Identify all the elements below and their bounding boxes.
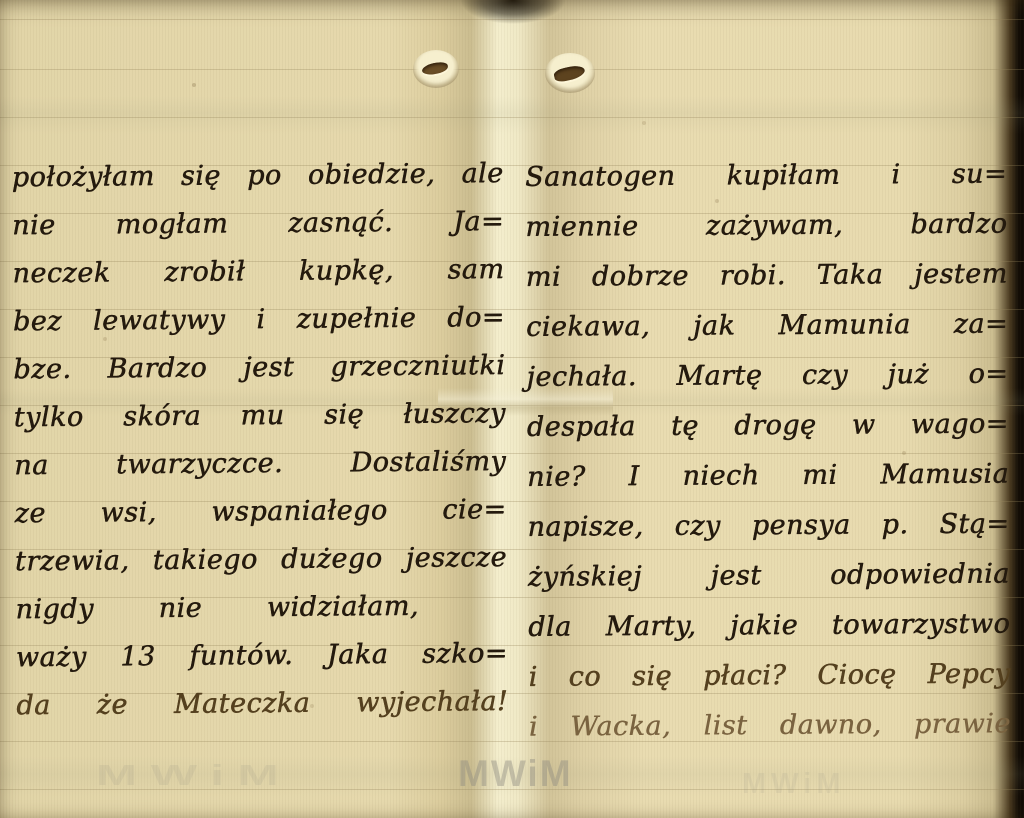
letter-scan: położyłamsiępoobiedzie,ale niemogłamzasn… xyxy=(0,0,1024,818)
handwritten-line: nie?IniechmiMamusia xyxy=(527,458,1009,511)
museum-watermark: MWiM xyxy=(742,768,846,801)
paper-speckles xyxy=(0,0,2,2)
handwritten-line: tylkoskóramusięłuszczy xyxy=(14,398,506,450)
handwritten-line: icosiępłaci?CiocęPepcy xyxy=(528,658,1010,711)
handwritten-line: despałatędrogęwwago= xyxy=(527,408,1009,461)
handwritten-line: ciekawa,jakMamuniaza= xyxy=(526,308,1008,361)
museum-watermark: MWiM xyxy=(96,760,292,793)
handwritten-line: dlaMarty,jakietowarzystwo xyxy=(528,608,1010,661)
pin-hole-right xyxy=(545,53,595,93)
handwritten-line: żyńskiejjestodpowiednia xyxy=(528,558,1010,611)
handwritten-line: dażeMateczkawyjechała! xyxy=(16,686,508,738)
handwritten-line: bezlewatywyizupełniedo= xyxy=(13,302,505,354)
handwritten-line: waży13funtów.Jakaszko= xyxy=(16,638,508,690)
handwritten-line: iWacka,listdawno,prawie xyxy=(529,708,1011,761)
handwritten-line: mienniezażywam,bardzo xyxy=(525,208,1007,261)
handwritten-line: midobrzerobi.Takajestem xyxy=(526,258,1008,311)
handwritten-line: Sanatogenkupiłamisu= xyxy=(525,158,1007,211)
handwritten-line: nigdyniewidziałam, xyxy=(15,591,419,643)
handwritten-line: zewsi,wspaniałegocie= xyxy=(14,494,506,546)
scanner-band xyxy=(0,756,1024,796)
scanner-band xyxy=(0,96,1024,134)
handwritten-line: natwarzyczce.Dostaliśmy xyxy=(14,446,506,498)
right-page-text: Sanatogenkupiłamisu= mienniezażywam,bard… xyxy=(525,158,1011,761)
handwritten-line: napisze,czypensyap.Stą= xyxy=(527,508,1009,561)
handwritten-line: neczekzrobiłkupkę,sam xyxy=(12,254,504,306)
left-page-text: położyłamsiępoobiedzie,ale niemogłamzasn… xyxy=(11,158,508,738)
pin-hole-left xyxy=(413,50,459,88)
handwritten-line: położyłamsiępoobiedzie,ale xyxy=(11,158,503,210)
handwritten-line: jechała.Martęczyjużo= xyxy=(526,358,1008,411)
handwritten-line: trzewia,takiegodużegojeszcze xyxy=(15,542,507,594)
handwritten-line: niemogłamzasnąć.Ja= xyxy=(12,206,504,258)
handwritten-line: bze.Bardzojestgrzeczniutki xyxy=(13,350,505,402)
